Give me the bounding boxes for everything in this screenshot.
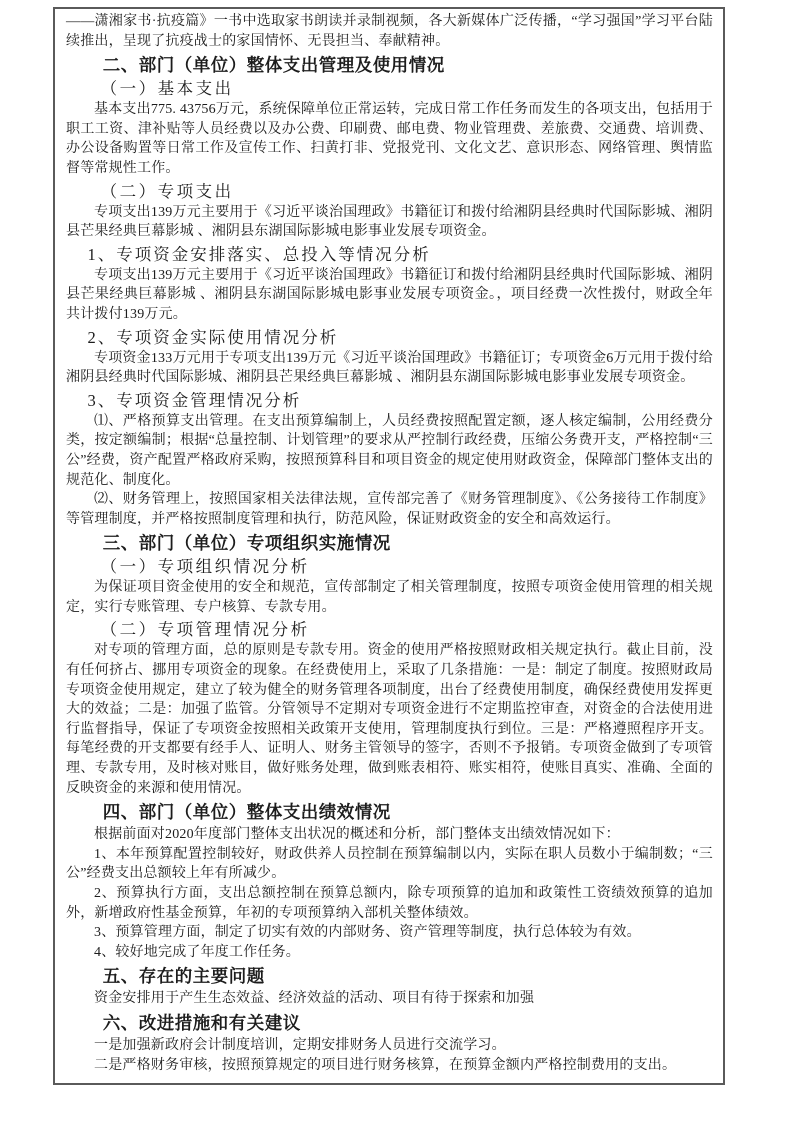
paragraph: 对专项的管理方面，总的原则是专款专用。资金的使用严格按照财政相关规定执行。截止目… — [66, 641, 713, 798]
paragraph: 基本支出775. 43756万元，系统保障单位正常运转，完成日常工作任务而发生的… — [66, 100, 713, 178]
section-heading: 五、存在的主要问题 — [66, 965, 713, 987]
subsection-heading: （一）基本支出 — [66, 78, 713, 99]
paragraph: ⑵、财务管理上，按照国家相关法律法规，宣传部完善了《财务管理制度》、《公务接待工… — [66, 490, 713, 529]
numbered-heading: 2、专项资金实际使用情况分析 — [66, 327, 713, 348]
paragraph: 资金安排用于产生生态效益、经济效益的活动、项目有待于探索和加强 — [66, 989, 713, 1009]
document-page: ——潇湘家书·抗疫篇》一书中选取家书朗读并录制视频，各大新媒体广泛传播，“学习强… — [0, 0, 793, 1122]
section-heading: 三、部门（单位）专项组织实施情况 — [66, 532, 713, 554]
subsection-heading: （二）专项支出 — [66, 181, 713, 202]
paragraph: 3、预算管理方面，制定了切实有效的内部财务、资产管理等制度，执行总体较为有效。 — [66, 923, 713, 943]
paragraph: 2、预算执行方面，支出总额控制在预算总额内，除专项预算的追加和政策性工资绩效预算… — [66, 884, 713, 923]
paragraph: ——潇湘家书·抗疫篇》一书中选取家书朗读并录制视频，各大新媒体广泛传播，“学习强… — [66, 12, 713, 51]
subsection-heading: （一）专项组织情况分析 — [66, 556, 713, 577]
document-body: ——潇湘家书·抗疫篇》一书中选取家书朗读并录制视频，各大新媒体广泛传播，“学习强… — [66, 12, 713, 1075]
paragraph: 1、本年预算配置控制较好，财政供养人员控制在预算编制以内，实际在职人员数小于编制… — [66, 845, 713, 884]
paragraph: 4、较好地完成了年度工作任务。 — [66, 943, 713, 963]
paragraph: 为保证项目资金使用的安全和规范，宣传部制定了相关管理制度，按照专项资金使用管理的… — [66, 578, 713, 617]
document-border-cell: ——潇湘家书·抗疫篇》一书中选取家书朗读并录制视频，各大新媒体广泛传播，“学习强… — [53, 7, 725, 1085]
paragraph: 一是加强新政府会计制度培训，定期安排财务人员进行交流学习。 — [66, 1036, 713, 1056]
numbered-heading: 3、专项资金管理情况分析 — [66, 390, 713, 411]
paragraph: 专项支出139万元主要用于《习近平谈治国理政》书籍征订和拨付给湘阴县经典时代国际… — [66, 203, 713, 242]
numbered-heading: 1、专项资金安排落实、总投入等情况分析 — [66, 244, 713, 265]
subsection-heading: （二）专项管理情况分析 — [66, 619, 713, 640]
section-heading: 六、改进措施和有关建议 — [66, 1012, 713, 1034]
paragraph: 专项支出139万元主要用于《习近平谈治国理政》书籍征订和拨付给湘阴县经典时代国际… — [66, 266, 713, 325]
paragraph: 二是严格财务审核，按照预算规定的项目进行财务核算，在预算金额内严格控制费用的支出… — [66, 1056, 713, 1076]
paragraph: 根据前面对2020年度部门整体支出状况的概述和分析，部门整体支出绩效情况如下： — [66, 825, 713, 845]
section-heading: 二、部门（单位）整体支出管理及使用情况 — [66, 54, 713, 76]
paragraph: ⑴、严格预算支出管理。在支出预算编制上，人员经费按照配置定额，逐人核定编制，公用… — [66, 412, 713, 490]
section-heading: 四、部门（单位）整体支出绩效情况 — [66, 801, 713, 823]
paragraph: 专项资金133万元用于专项支出139万元《习近平谈治国理政》书籍征订；专项资金6… — [66, 349, 713, 388]
